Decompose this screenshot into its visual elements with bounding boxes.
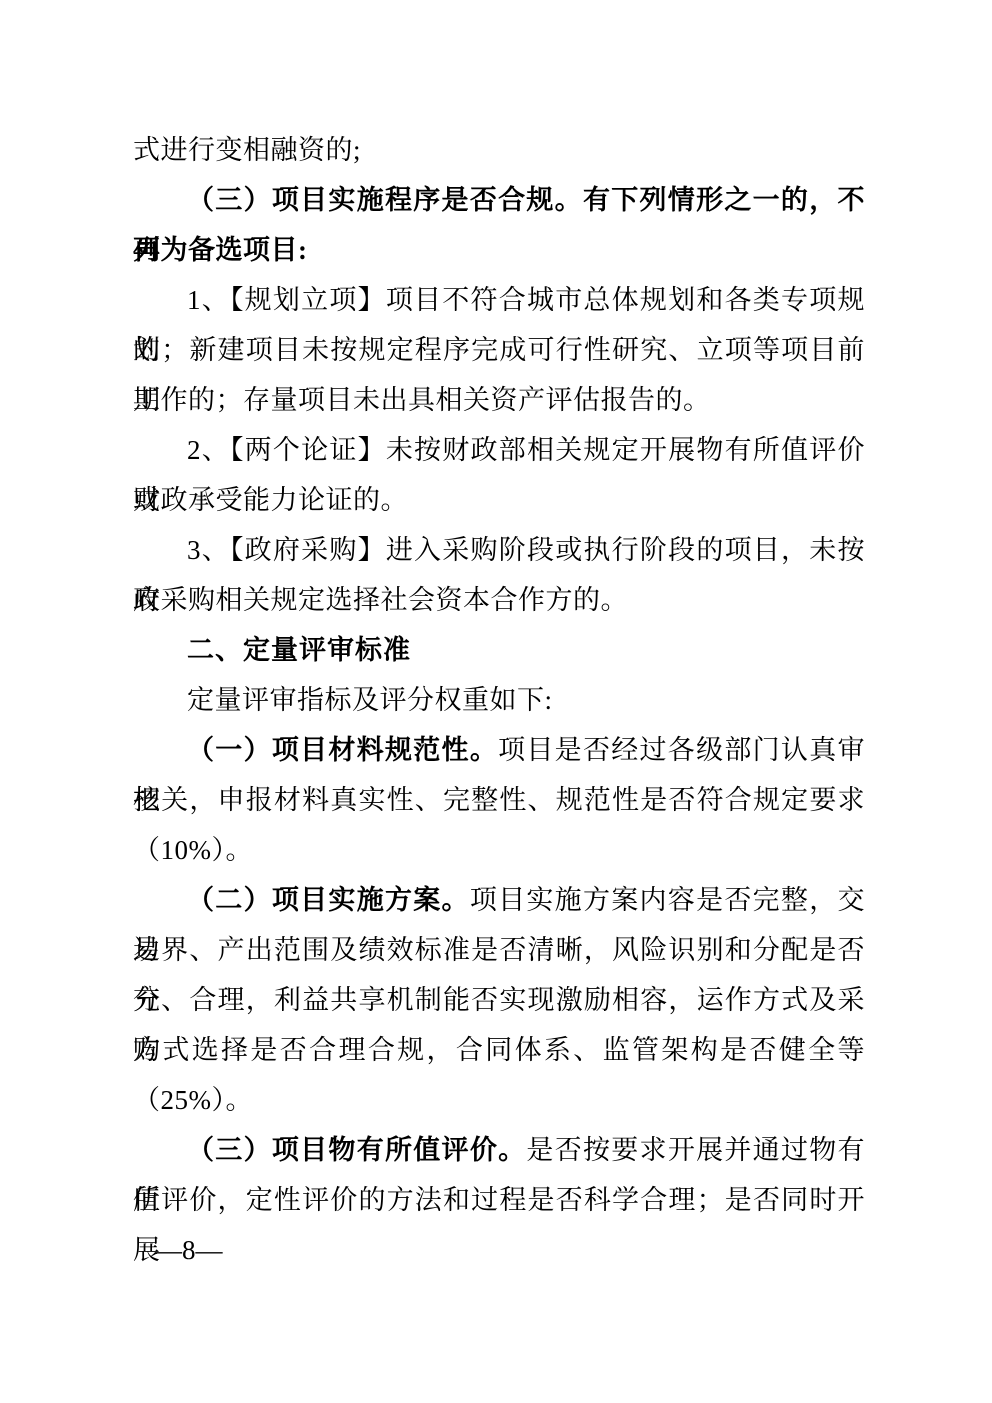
doc-line: 定量评审指标及评分权重如下: bbox=[133, 675, 865, 725]
subheading-item-1-line: （一）项目材料规范性。项目是否经过各级部门认真审核 bbox=[133, 725, 865, 775]
body-text: 财政承受能力论证的。 bbox=[133, 485, 408, 515]
subheading-item-3-line: （三）项目物有所值评价。是否按要求开展并通过物有所 bbox=[133, 1125, 865, 1175]
doc-line: 1、【规划立项】项目不符合城市总体规划和各类专项规划 bbox=[133, 275, 865, 325]
body-text: 府采购相关规定选择社会资本合作方的。 bbox=[133, 585, 628, 615]
body-text: 把关，申报材料真实性、完整性、规范性是否符合规定要求 bbox=[133, 785, 865, 815]
body-text: 定量评审指标及评分权重如下: bbox=[187, 685, 553, 715]
section-heading-3: （三）项目实施程序是否合规。有下列情形之一的，不再 bbox=[133, 175, 865, 225]
body-text: （25%）。 bbox=[133, 1085, 253, 1115]
doc-line: 3、【政府采购】进入采购阶段或执行阶段的项目，未按政 bbox=[133, 525, 865, 575]
bold-text: 列为备选项目: bbox=[133, 235, 308, 265]
doc-line: 的；新建项目未按规定程序完成可行性研究、立项等项目前期 bbox=[133, 325, 865, 375]
subheading-item-2-line: （二）项目实施方案。项目实施方案内容是否完整，交易 bbox=[133, 875, 865, 925]
section-heading-quantitative-standards: 二、定量评审标准 bbox=[133, 625, 865, 675]
body-text: 式进行变相融资的; bbox=[133, 135, 361, 165]
body-text: 工作的；存量项目未出具相关资产评估报告的。 bbox=[133, 385, 711, 415]
weight-value-25pct: （25%）。 bbox=[133, 1075, 865, 1125]
doc-line: 把关，申报材料真实性、完整性、规范性是否符合规定要求 bbox=[133, 775, 865, 825]
doc-line: 工作的；存量项目未出具相关资产评估报告的。 bbox=[133, 375, 865, 425]
bold-text: （二）项目实施方案。 bbox=[187, 885, 470, 915]
doc-line: 财政承受能力论证的。 bbox=[133, 475, 865, 525]
doc-line: 边界、产出范围及绩效标准是否清晰，风险识别和分配是否充 bbox=[133, 925, 865, 975]
doc-line: 式进行变相融资的; bbox=[133, 125, 865, 175]
doc-line: 府采购相关规定选择社会资本合作方的。 bbox=[133, 575, 865, 625]
document-page: 式进行变相融资的; （三）项目实施程序是否合规。有下列情形之一的，不再 列为备选… bbox=[0, 0, 992, 1403]
doc-line: 值评价，定性评价的方法和过程是否科学合理；是否同时开展 bbox=[133, 1175, 865, 1225]
section-heading-3-continued: 列为备选项目: bbox=[133, 225, 865, 275]
doc-line: 方式选择是否合理合规，合同体系、监管架构是否健全等 bbox=[133, 1025, 865, 1075]
bold-text: （三）项目物有所值评价。 bbox=[187, 1135, 526, 1165]
body-text: 方式选择是否合理合规，合同体系、监管架构是否健全等 bbox=[133, 1035, 865, 1065]
page-number: —8— bbox=[133, 1225, 865, 1275]
weight-value-10pct: （10%）。 bbox=[133, 825, 865, 875]
bold-text: 二、定量评审标准 bbox=[187, 635, 411, 665]
body-text: （10%）。 bbox=[133, 835, 253, 865]
doc-line: 分、合理，利益共享机制能否实现激励相容，运作方式及采购 bbox=[133, 975, 865, 1025]
document-body: 式进行变相融资的; （三）项目实施程序是否合规。有下列情形之一的，不再 列为备选… bbox=[133, 125, 865, 1275]
bold-text: （一）项目材料规范性。 bbox=[187, 735, 498, 765]
doc-line: 2、【两个论证】未按财政部相关规定开展物有所值评价或 bbox=[133, 425, 865, 475]
